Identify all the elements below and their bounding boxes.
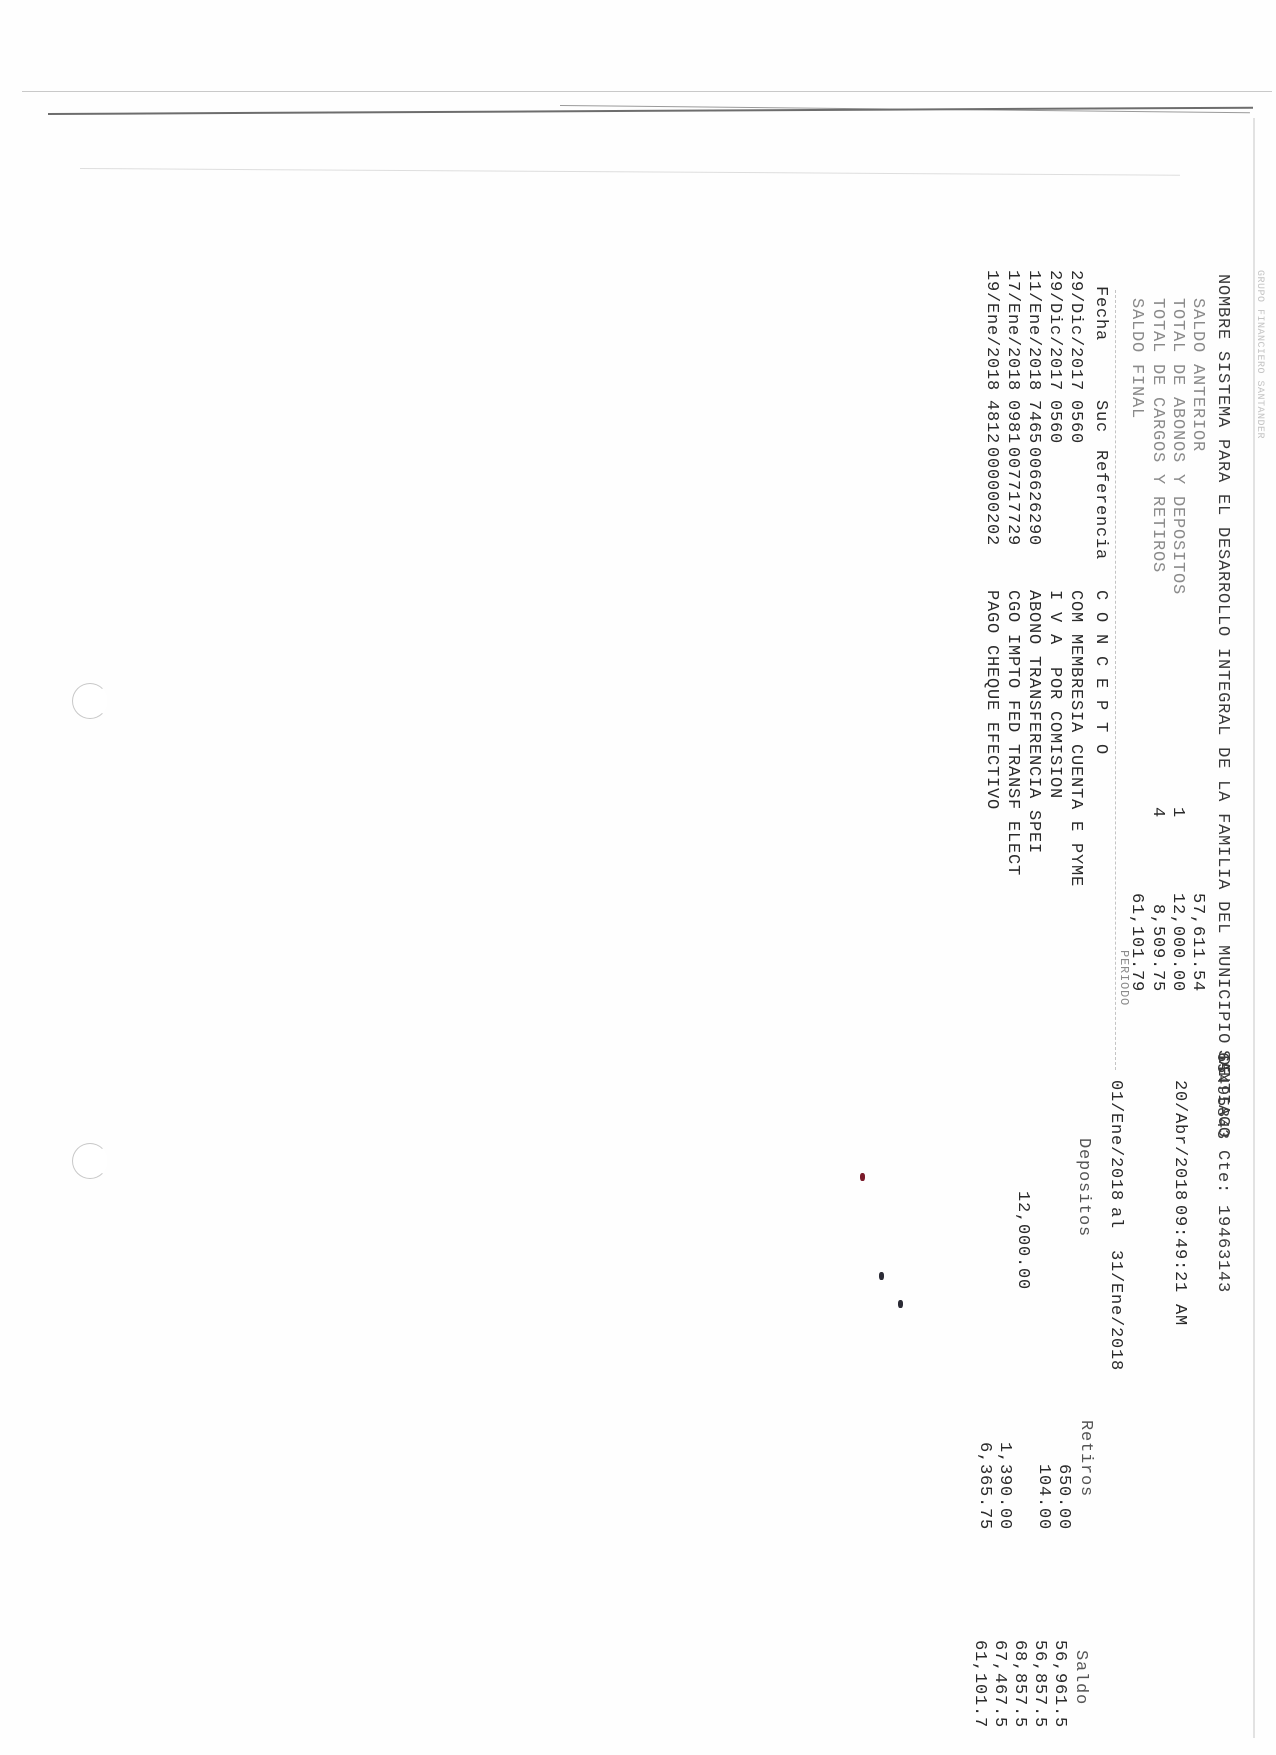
row-referencia: 000000202 <box>982 447 1000 546</box>
divider <box>1115 290 1116 1070</box>
row-retiros: 1,390.00 <box>995 1360 1013 1530</box>
row-concepto: COM MEMBRESIA CUENTA E PYME <box>1066 590 1084 887</box>
summary-count: 1 <box>1168 807 1186 818</box>
column-header-retiros: Retiros <box>1076 1420 1094 1497</box>
summary-amount: 12,000.00 <box>1168 880 1186 992</box>
row-referencia: 007717729 <box>1003 447 1021 546</box>
summary-count: 4 <box>1148 807 1166 818</box>
period-label: PERIODO <box>1115 950 1133 1006</box>
row-saldo: 56,961.5 <box>1050 1640 1068 1728</box>
row-suc: 7465 <box>1024 400 1042 444</box>
period-to: 31/Ene/2018 <box>1106 1250 1124 1371</box>
account-holder-name: NOMBRE SISTEMA PARA EL DESARROLLO INTEGR… <box>1213 274 1231 1077</box>
row-saldo: 67,467.5 <box>990 1640 1008 1728</box>
print-date: 20/Abr/2018 <box>1170 1080 1188 1201</box>
column-header-saldo: Saldo <box>1071 1650 1089 1705</box>
summary-label: TOTAL DE ABONOS Y DEPOSITOS <box>1168 298 1186 595</box>
bank-name: GRUPO FINANCIERO SANTANDER <box>1250 270 1268 439</box>
municipality-overprint: 65495843 <box>1212 1052 1230 1140</box>
print-time: 09:49:21 AM <box>1170 1205 1188 1326</box>
column-header-fecha: Fecha <box>1091 286 1109 341</box>
summary-amount: 8,509.75 <box>1148 880 1166 992</box>
summary-label: TOTAL DE CARGOS Y RETIROS <box>1148 298 1166 573</box>
row-fecha: 19/Ene/2018 <box>982 270 1000 391</box>
row-fecha: 29/Dic/2017 <box>1066 270 1084 391</box>
account-number: 19463143 <box>1213 1205 1231 1293</box>
account-label: Cte: <box>1213 1150 1231 1194</box>
period-from: 01/Ene/2018 <box>1106 1080 1124 1201</box>
row-concepto: CGO IMPTO FED TRANSF ELECT <box>1003 590 1021 876</box>
row-saldo: 56,857.5 <box>1030 1640 1048 1728</box>
row-referencia: 006626290 <box>1024 447 1042 546</box>
column-header-concepto: C O N C E P T O <box>1091 590 1109 755</box>
row-concepto: I V A POR COMISION <box>1045 590 1063 799</box>
summary-label: SALDO ANTERIOR <box>1188 298 1206 452</box>
bank-statement-page: GRUPO FINANCIERO SANTANDER NOMBRE SISTEM… <box>0 0 1276 1755</box>
row-fecha: 11/Ene/2018 <box>1024 270 1042 391</box>
row-suc: 0560 <box>1066 400 1084 444</box>
row-suc: 4812 <box>982 400 1000 444</box>
row-fecha: 17/Ene/2018 <box>1003 270 1021 391</box>
row-concepto: ABONO TRANSFERENCIA SPEI <box>1024 590 1042 854</box>
row-saldo: 68,857.5 <box>1010 1640 1028 1728</box>
row-retiros: 6,365.75 <box>975 1360 993 1530</box>
summary-label: SALDO FINAL <box>1127 298 1145 419</box>
row-concepto: PAGO CHEQUE EFECTIVO <box>982 590 1000 810</box>
row-suc: 0560 <box>1045 400 1063 444</box>
row-fecha: 29/Dic/2017 <box>1045 270 1063 391</box>
row-depositos: 12,000.00 <box>1013 1100 1031 1290</box>
column-header-suc: Suc <box>1091 400 1109 433</box>
row-saldo: 61,101.7 <box>970 1640 988 1728</box>
column-header-referencia: Referencia <box>1091 450 1109 560</box>
period-separator: al <box>1106 1207 1124 1229</box>
row-retiros: 104.00 <box>1034 1360 1052 1530</box>
summary-amount: 57,611.54 <box>1188 880 1206 992</box>
row-retiros: 650.00 <box>1054 1360 1072 1530</box>
row-suc: 0981 <box>1003 400 1021 444</box>
column-header-depositos: Depositos <box>1074 1138 1092 1237</box>
